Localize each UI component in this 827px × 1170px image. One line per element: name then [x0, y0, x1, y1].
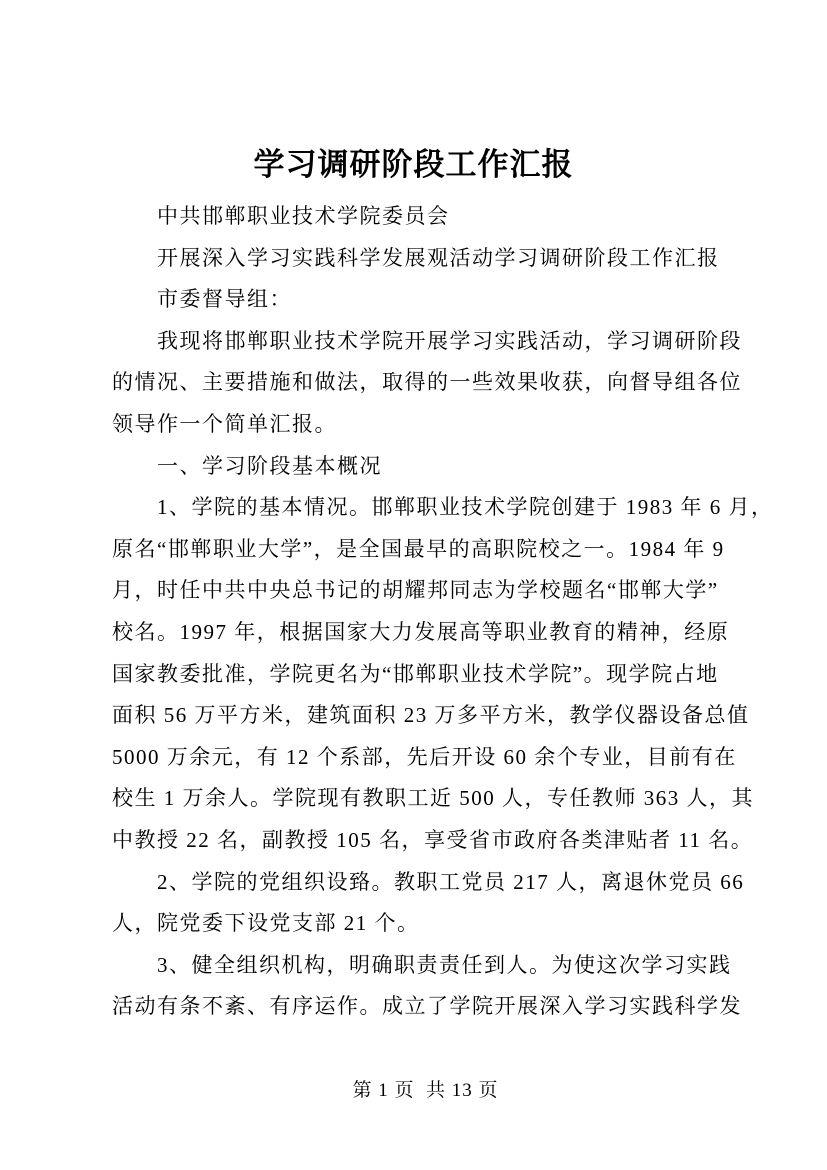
- document-body: 中共邯郸职业技术学院委员会 开展深入学习实践科学发展观活动学习调研阶段工作汇报 …: [0, 196, 827, 1028]
- text-line: 中共邯郸职业技术学院委员会: [112, 196, 767, 238]
- text-line: 人，院党委下设党支部 21 个。: [112, 903, 767, 945]
- text-line: 原名“邯郸职业大学”，是全国最早的高职院校之一。1984 年 9: [112, 529, 767, 571]
- text-line: 领导作一个简单汇报。: [112, 404, 767, 446]
- text-line: 校名。1997 年，根据国家大力发展高等职业教育的精神，经原: [112, 612, 767, 654]
- text-line: 月，时任中共中央总书记的胡耀邦同志为学校题名“邯郸大学”: [112, 570, 767, 612]
- text-line: 一、学习阶段基本概况: [112, 446, 767, 488]
- text-line: 3、健全组织机构，明确职责责任到人。为使这次学习实践: [112, 945, 767, 987]
- text-line: 5000 万余元，有 12 个系部，先后开设 60 余个专业，目前有在: [112, 737, 767, 779]
- page-number: 第 1 页 共 13 页: [112, 1080, 739, 1102]
- text-line: 2、学院的党组织设臵。教职工党员 217 人，离退休党员 66: [112, 862, 767, 904]
- text-line: 1、学院的基本情况。邯郸职业技术学院创建于 1983 年 6 月，: [112, 487, 767, 529]
- text-line: 市委督导组：: [112, 279, 767, 321]
- document-page: 学习调研阶段工作汇报 中共邯郸职业技术学院委员会 开展深入学习实践科学发展观活动…: [0, 0, 827, 1170]
- text-line: 面积 56 万平方米，建筑面积 23 万多平方米，教学仪器设备总值: [112, 695, 767, 737]
- text-line: 中教授 22 名，副教授 105 名，享受省市政府各类津贴者 11 名。: [112, 820, 767, 862]
- text-line: 活动有条不紊、有序运作。成立了学院开展深入学习实践科学发: [112, 986, 767, 1028]
- text-line: 的情况、主要措施和做法，取得的一些效果收获，向督导组各位: [112, 362, 767, 404]
- text-line: 我现将邯郸职业技术学院开展学习实践活动，学习调研阶段: [112, 321, 767, 363]
- document-title: 学习调研阶段工作汇报: [0, 0, 827, 184]
- text-line: 校生 1 万余人。学院现有教职工近 500 人，专任教师 363 人，其: [112, 778, 767, 820]
- text-line: 开展深入学习实践科学发展观活动学习调研阶段工作汇报: [112, 238, 767, 280]
- text-line: 国家教委批准，学院更名为“邯郸职业技术学院”。现学院占地: [112, 654, 767, 696]
